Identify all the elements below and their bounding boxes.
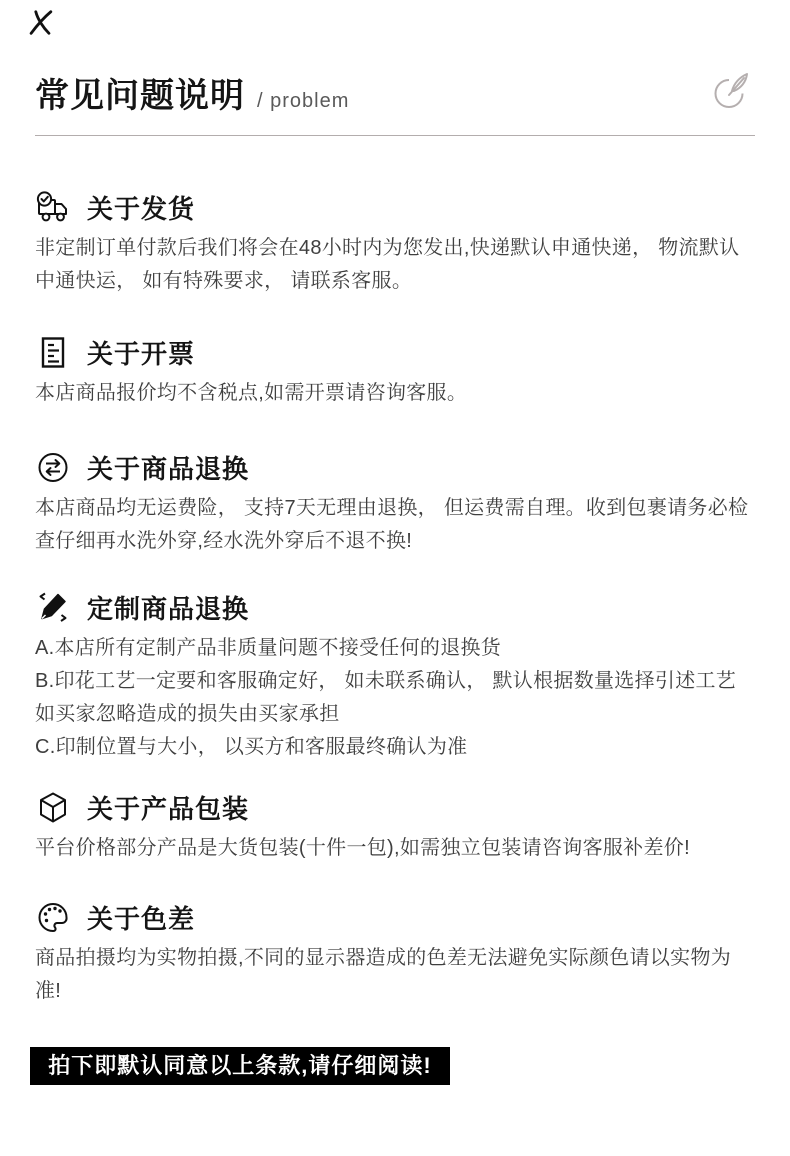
faq-page: 常见问题说明 / problem (0, 0, 790, 1156)
package-cube-icon (35, 791, 72, 824)
truck-check-icon (35, 191, 72, 224)
header: 常见问题说明 / problem (35, 0, 755, 136)
page-title: 常见问题说明 (35, 76, 245, 116)
section-body: A.本店所有定制产品非质量问题不接受任何的退换货 B.印花工艺一定要和客服确定好… (35, 632, 755, 764)
section-title: 关于产品包装 (87, 789, 249, 826)
feather-signature-icon (705, 70, 751, 116)
section-color-difference: 关于色差 商品拍摄均为实物拍摄,不同的显示器造成的色差无法避免实际颜色请以实物为… (35, 900, 755, 1008)
section-title: 关于发货 (87, 189, 195, 226)
terms-banner: 拍下即默认同意以上条款,请仔细阅读! (30, 1047, 450, 1085)
section-body: 非定制订单付款后我们将会在48小时内为您发出,快递默认申通快递， 物流默认 中通… (35, 232, 755, 298)
header-divider (35, 135, 755, 136)
palette-icon (35, 901, 72, 934)
section-returns: 关于商品退换 本店商品均无运费险， 支持7天无理由退换， 但运费需自理。收到包裹… (35, 450, 755, 558)
section-title: 关于开票 (87, 334, 195, 371)
section-custom-returns: 定制商品退换 A.本店所有定制产品非质量问题不接受任何的退换货 B.印花工艺一定… (35, 590, 755, 764)
section-title: 关于色差 (87, 899, 195, 936)
section-body: 平台价格部分产品是大货包装(十件一包),如需独立包装请咨询客服补差价! (35, 832, 755, 865)
exchange-arrows-icon (35, 451, 72, 484)
section-shipping: 关于发货 非定制订单付款后我们将会在48小时内为您发出,快递默认申通快递， 物流… (35, 190, 755, 298)
section-title: 关于商品退换 (87, 449, 249, 486)
page-subtitle: / problem (257, 81, 349, 121)
section-body: 本店商品均无运费险， 支持7天无理由退换， 但运费需自理。收到包裹请务必检 查仔… (35, 492, 755, 558)
marker-pen-icon (35, 591, 72, 624)
section-invoice: 关于开票 本店商品报价均不含税点,如需开票请咨询客服。 (35, 335, 755, 410)
section-packaging: 关于产品包装 平台价格部分产品是大货包装(十件一包),如需独立包装请咨询客服补差… (35, 790, 755, 865)
section-body: 商品拍摄均为实物拍摄,不同的显示器造成的色差无法避免实际颜色请以实物为准! (35, 942, 755, 1008)
invoice-icon (35, 336, 72, 369)
section-body: 本店商品报价均不含税点,如需开票请咨询客服。 (35, 377, 755, 410)
section-title: 定制商品退换 (87, 589, 249, 626)
